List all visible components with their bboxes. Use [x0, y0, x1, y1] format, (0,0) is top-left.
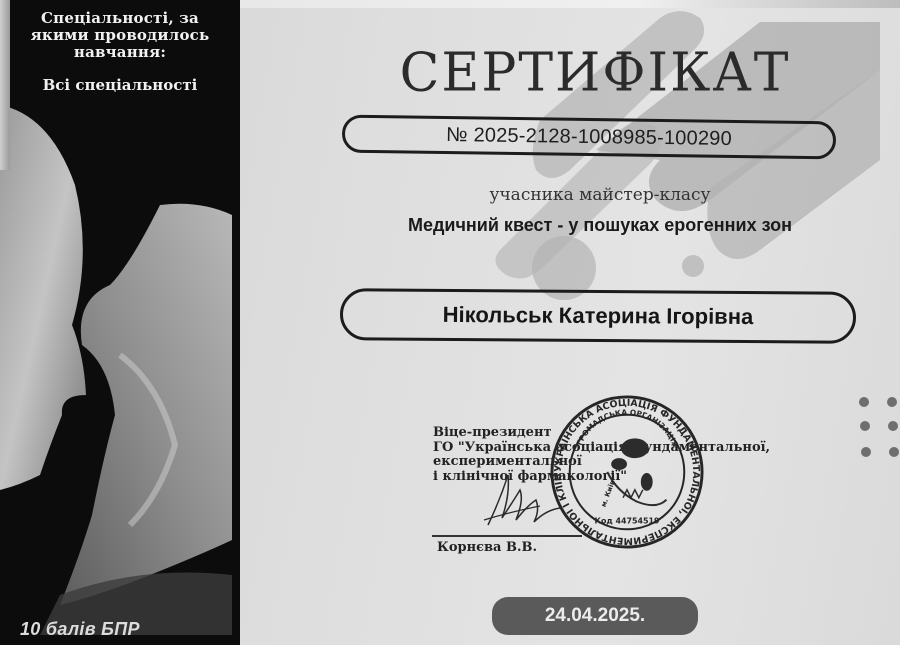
- organization-stamp: УКРАЇНСЬКА АСОЦІАЦІЯ ФУНДАМЕНТАЛЬНОЇ, ЕК…: [548, 393, 706, 551]
- specialties-value: Всі спеціальності: [14, 76, 226, 94]
- svg-text:Код 44754519: Код 44754519: [595, 516, 660, 525]
- date-badge: 24.04.2025.: [492, 597, 698, 635]
- recipient-frame: Нікольськ Катерина Ігорівна: [340, 288, 856, 344]
- faces-artwork: [0, 95, 240, 635]
- recipient-name: Нікольськ Катерина Ігорівна: [443, 302, 754, 330]
- decorative-dots: [856, 394, 900, 464]
- course-title: Медичний квест - у пошуках ерогенних зон: [380, 215, 820, 236]
- issue-date: 24.04.2025.: [545, 605, 645, 627]
- svg-text:м. Київ: м. Київ: [600, 479, 617, 509]
- certificate-page: Спеціальності, за якими проводилось навч…: [0, 0, 900, 645]
- paper-edge: [0, 0, 10, 170]
- certificate-number-frame: № 2025-2128-1008985-100290: [342, 115, 836, 160]
- certificate-number: № 2025-2128-1008985-100290: [446, 124, 732, 151]
- side-panel: Спеціальності, за якими проводилось навч…: [0, 0, 240, 645]
- specialties-heading: Спеціальності, за якими проводилось навч…: [14, 10, 226, 61]
- participant-subtitle: учасника майстер-класу: [440, 185, 760, 205]
- certificate-title: СЕРТИФІКАТ: [395, 42, 795, 103]
- cpd-points: 10 балів БПР: [20, 619, 140, 640]
- signer-name: Корнєва В.В.: [437, 540, 537, 555]
